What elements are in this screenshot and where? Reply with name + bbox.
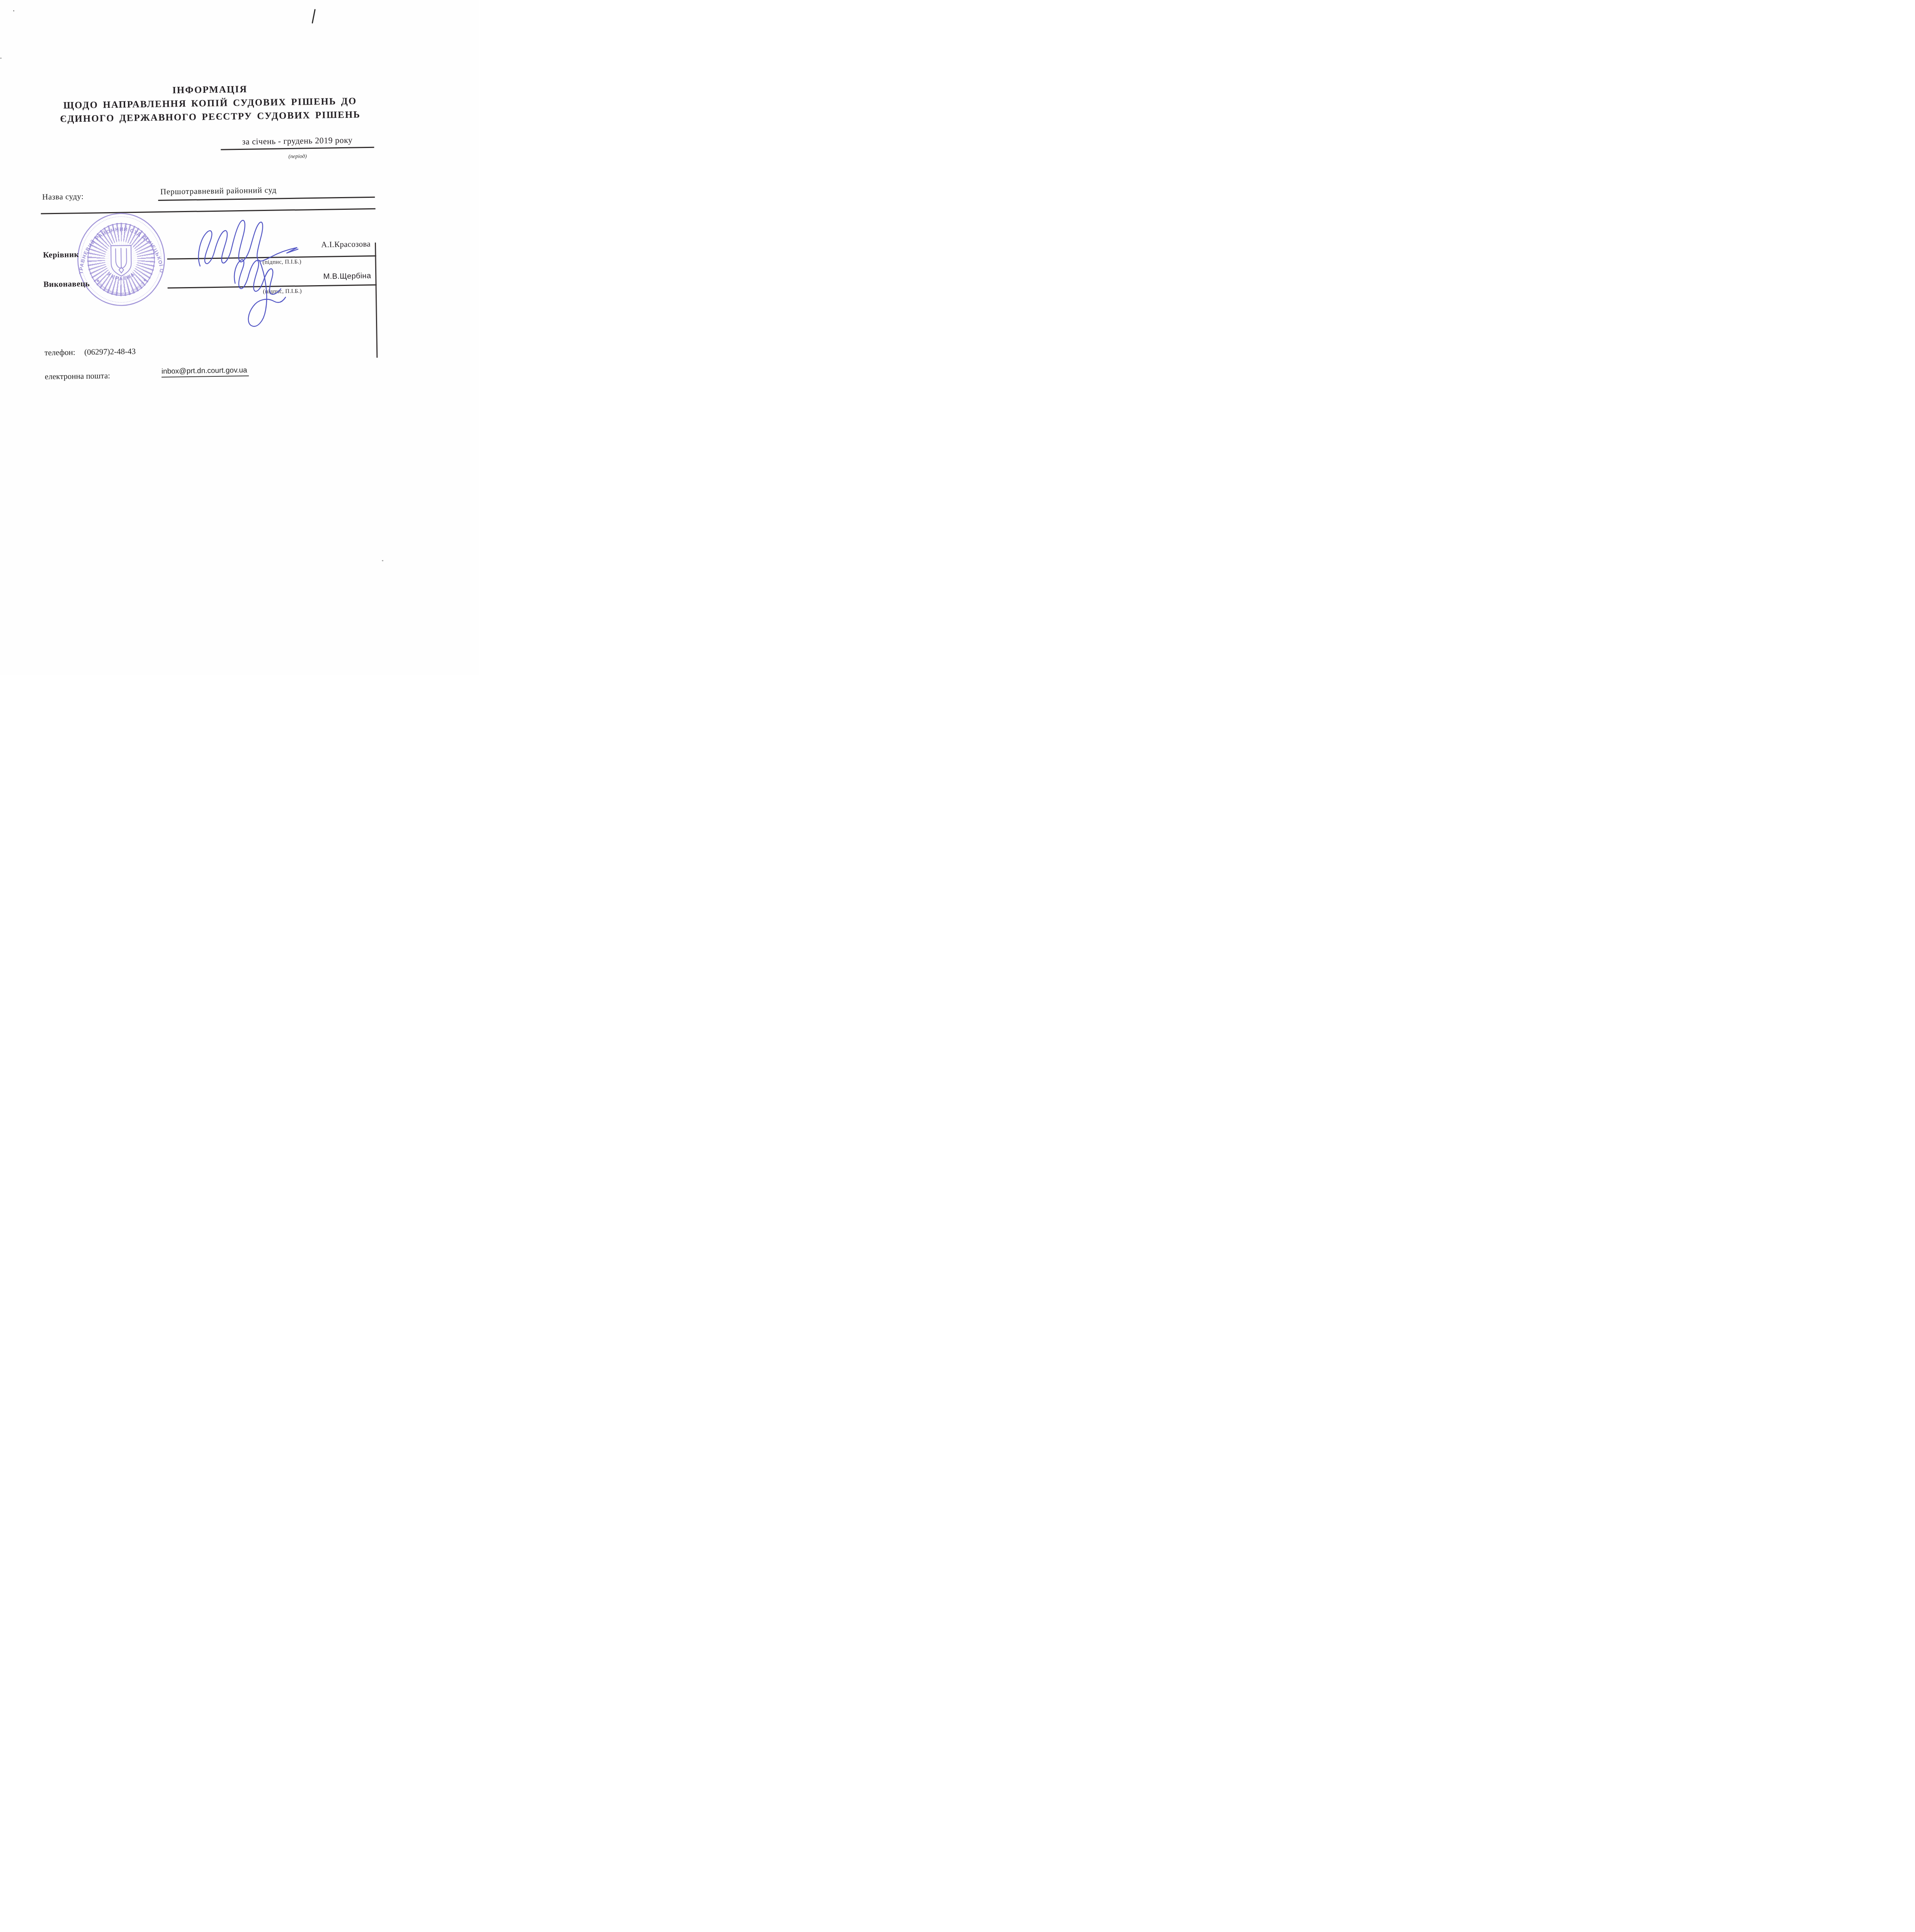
scan-artifact-dot	[0, 58, 2, 59]
period-value: за січень - грудень 2019 року	[221, 135, 374, 150]
phone-value: (06297)2-48-43	[84, 347, 136, 357]
scanned-document-page: ІНФОРМАЦІЯ ЩОДО НАПРАВЛЕННЯ КОПІЙ СУДОВИ…	[0, 0, 479, 675]
period-caption: (період)	[221, 153, 374, 161]
scan-artifact-slash	[312, 9, 316, 24]
scan-artifact-dot	[382, 560, 383, 561]
executor-role-label: Виконавець	[43, 279, 90, 289]
scan-artifact-dot	[13, 10, 14, 12]
court-name-label: Назва суду:	[42, 192, 84, 202]
vertical-rule	[375, 243, 378, 358]
court-name-value: Першотравневий районний суд	[158, 184, 277, 198]
email-value: inbox@prt.dn.court.gov.ua	[162, 366, 249, 378]
executor-signature-descender-ink	[248, 260, 286, 326]
court-name-field: Першотравневий районний суд	[158, 182, 375, 201]
phone-label: телефон:	[44, 347, 75, 357]
phone-row: телефон: (06297)2-48-43	[44, 347, 136, 357]
email-label: електронна пошта:	[45, 371, 110, 382]
seal-graphic: ПЕРШОТРАВНЕВИЙ РАЙОННИЙ СУД ДОНЕЦЬКОЇ ОБ…	[74, 210, 168, 309]
executor-signature-ink	[234, 259, 281, 295]
handwritten-signatures	[185, 213, 310, 335]
official-seal: ПЕРШОТРАВНЕВИЙ РАЙОННИЙ СУД ДОНЕЦЬКОЇ ОБ…	[0, 0, 475, 3]
document-title: ІНФОРМАЦІЯ ЩОДО НАПРАВЛЕННЯ КОПІЙ СУДОВИ…	[44, 81, 376, 126]
head-role-label: Керівник	[43, 250, 79, 260]
trident-emblem-icon	[111, 245, 131, 276]
head-signature-ink	[198, 219, 298, 266]
document-content: ІНФОРМАЦІЯ ЩОДО НАПРАВЛЕННЯ КОПІЙ СУДОВИ…	[0, 0, 479, 675]
